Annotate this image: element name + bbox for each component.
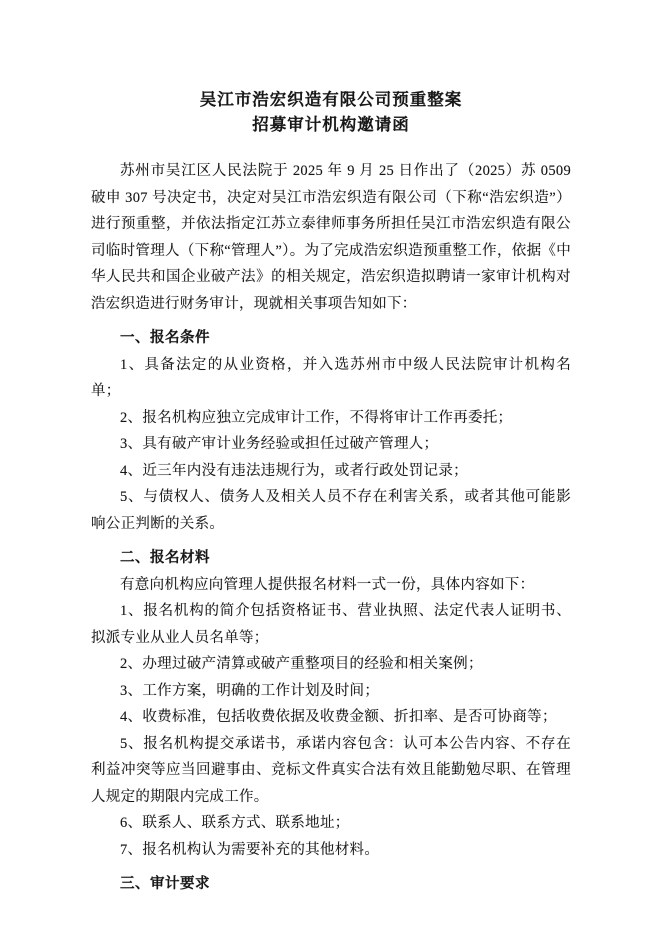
section-3-heading: 三、审计要求 xyxy=(91,871,571,898)
document-title: 吴江市浩宏织造有限公司预重整案 招募审计机构邀请函 xyxy=(91,87,571,137)
section-1-item-2: 2、报名机构应独立完成审计工作，不得将审计工作再委托； xyxy=(91,405,571,432)
section-1-heading: 一、报名条件 xyxy=(91,325,571,352)
section-2-heading: 二、报名材料 xyxy=(91,545,571,572)
title-line-2: 招募审计机构邀请函 xyxy=(91,112,571,137)
intro-paragraph: 苏州市吴江区人民法院于 2025 年 9 月 25 日作出了（2025）苏 05… xyxy=(91,158,571,317)
section-2-item-4: 4、收费标准，包括收费依据及收费金额、折扣率、是否可协商等； xyxy=(91,704,571,731)
title-line-1: 吴江市浩宏织造有限公司预重整案 xyxy=(91,87,571,112)
section-1-item-5: 5、与债权人、债务人及相关人员不存在利害关系，或者其他可能影响公正判断的关系。 xyxy=(91,484,571,537)
section-1-item-4: 4、近三年内没有违法违规行为，或者行政处罚记录； xyxy=(91,458,571,485)
section-2-item-1: 1、报名机构的简介包括资格证书、营业执照、法定代表人证明书、拟派专业从业人员名单… xyxy=(91,598,571,651)
section-2-item-5: 5、报名机构提交承诺书，承诺内容包含：认可本公告内容、不存在利益冲突等应当回避事… xyxy=(91,731,571,811)
section-2-item-2: 2、办理过破产清算或破产重整项目的经验和相关案例； xyxy=(91,651,571,678)
section-2-item-7: 7、报名机构认为需要补充的其他材料。 xyxy=(91,837,571,864)
section-1-item-1: 1、具备法定的从业资格，并入选苏州市中级人民法院审计机构名单； xyxy=(91,352,571,405)
section-2-item-6: 6、联系人、联系方式、联系地址； xyxy=(91,810,571,837)
section-1-item-3: 3、具有破产审计业务经验或担任过破产管理人； xyxy=(91,431,571,458)
section-2-item-3: 3、工作方案，明确的工作计划及时间； xyxy=(91,678,571,705)
section-2-lead: 有意向机构应向管理人提供报名材料一式一份，具体内容如下： xyxy=(91,572,571,599)
document-page: 吴江市浩宏织造有限公司预重整案 招募审计机构邀请函 苏州市吴江区人民法院于 20… xyxy=(0,0,660,940)
